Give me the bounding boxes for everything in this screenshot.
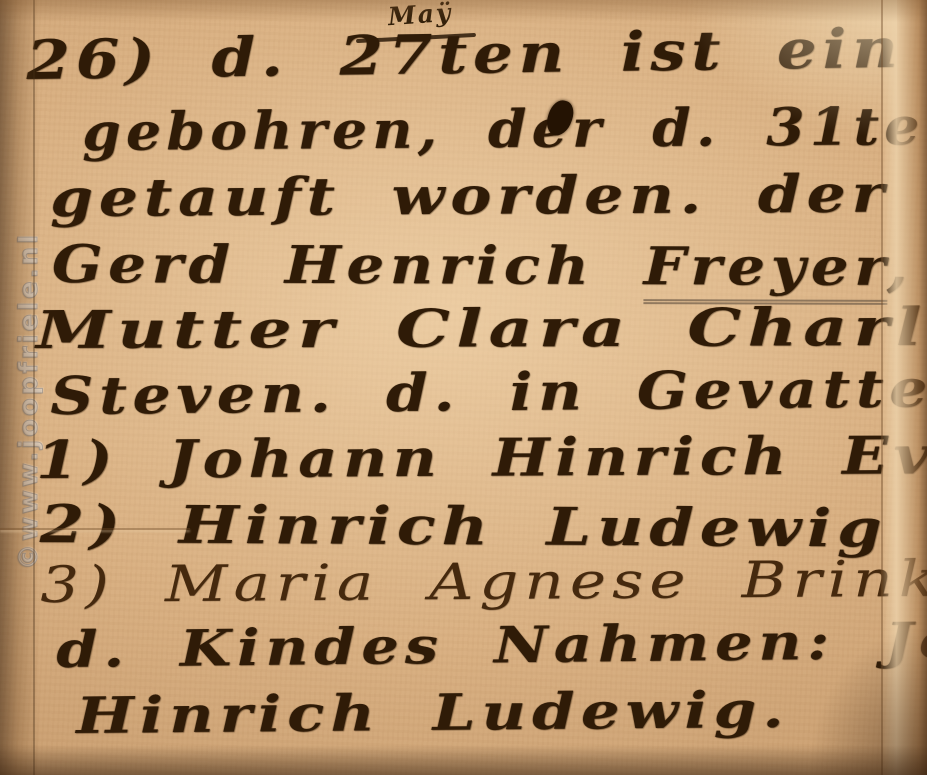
manuscript-line-7: 1) Johann Hinrich Evers. (36, 425, 927, 491)
manuscript-line-9: 3) Maria Agnese Brinkmann (40, 548, 927, 614)
manuscript-line-2: gebohren, der d. 31ten ejusd: (82, 94, 927, 163)
manuscript-photo: ©www.joopfriele.nl Maÿ 26) d. 27ten ist … (0, 0, 927, 775)
paper-edge-bottom-shadow (0, 745, 927, 775)
manuscript-line-1: 26) d. 27ten ist ein Söhnlein (26, 10, 927, 92)
manuscript-line-5: Mutter Clara Charlotte (36, 296, 927, 361)
manuscript-line-4: Gerd Henrich Freyer, die (52, 234, 927, 299)
manuscript-line-10: d. Kindes Nahmen: Johann (56, 608, 927, 678)
manuscript-line-11: Hinrich Ludewig. (76, 680, 790, 745)
father-surname-underlined: Freyer (644, 236, 888, 305)
manuscript-line-3: getauft worden. der Vater (50, 162, 927, 229)
father-name-suffix: , die (887, 237, 927, 299)
father-name-prefix: Gerd Henrich (52, 234, 644, 297)
manuscript-line-6: Steven. d. in Gevattern: (50, 357, 927, 427)
